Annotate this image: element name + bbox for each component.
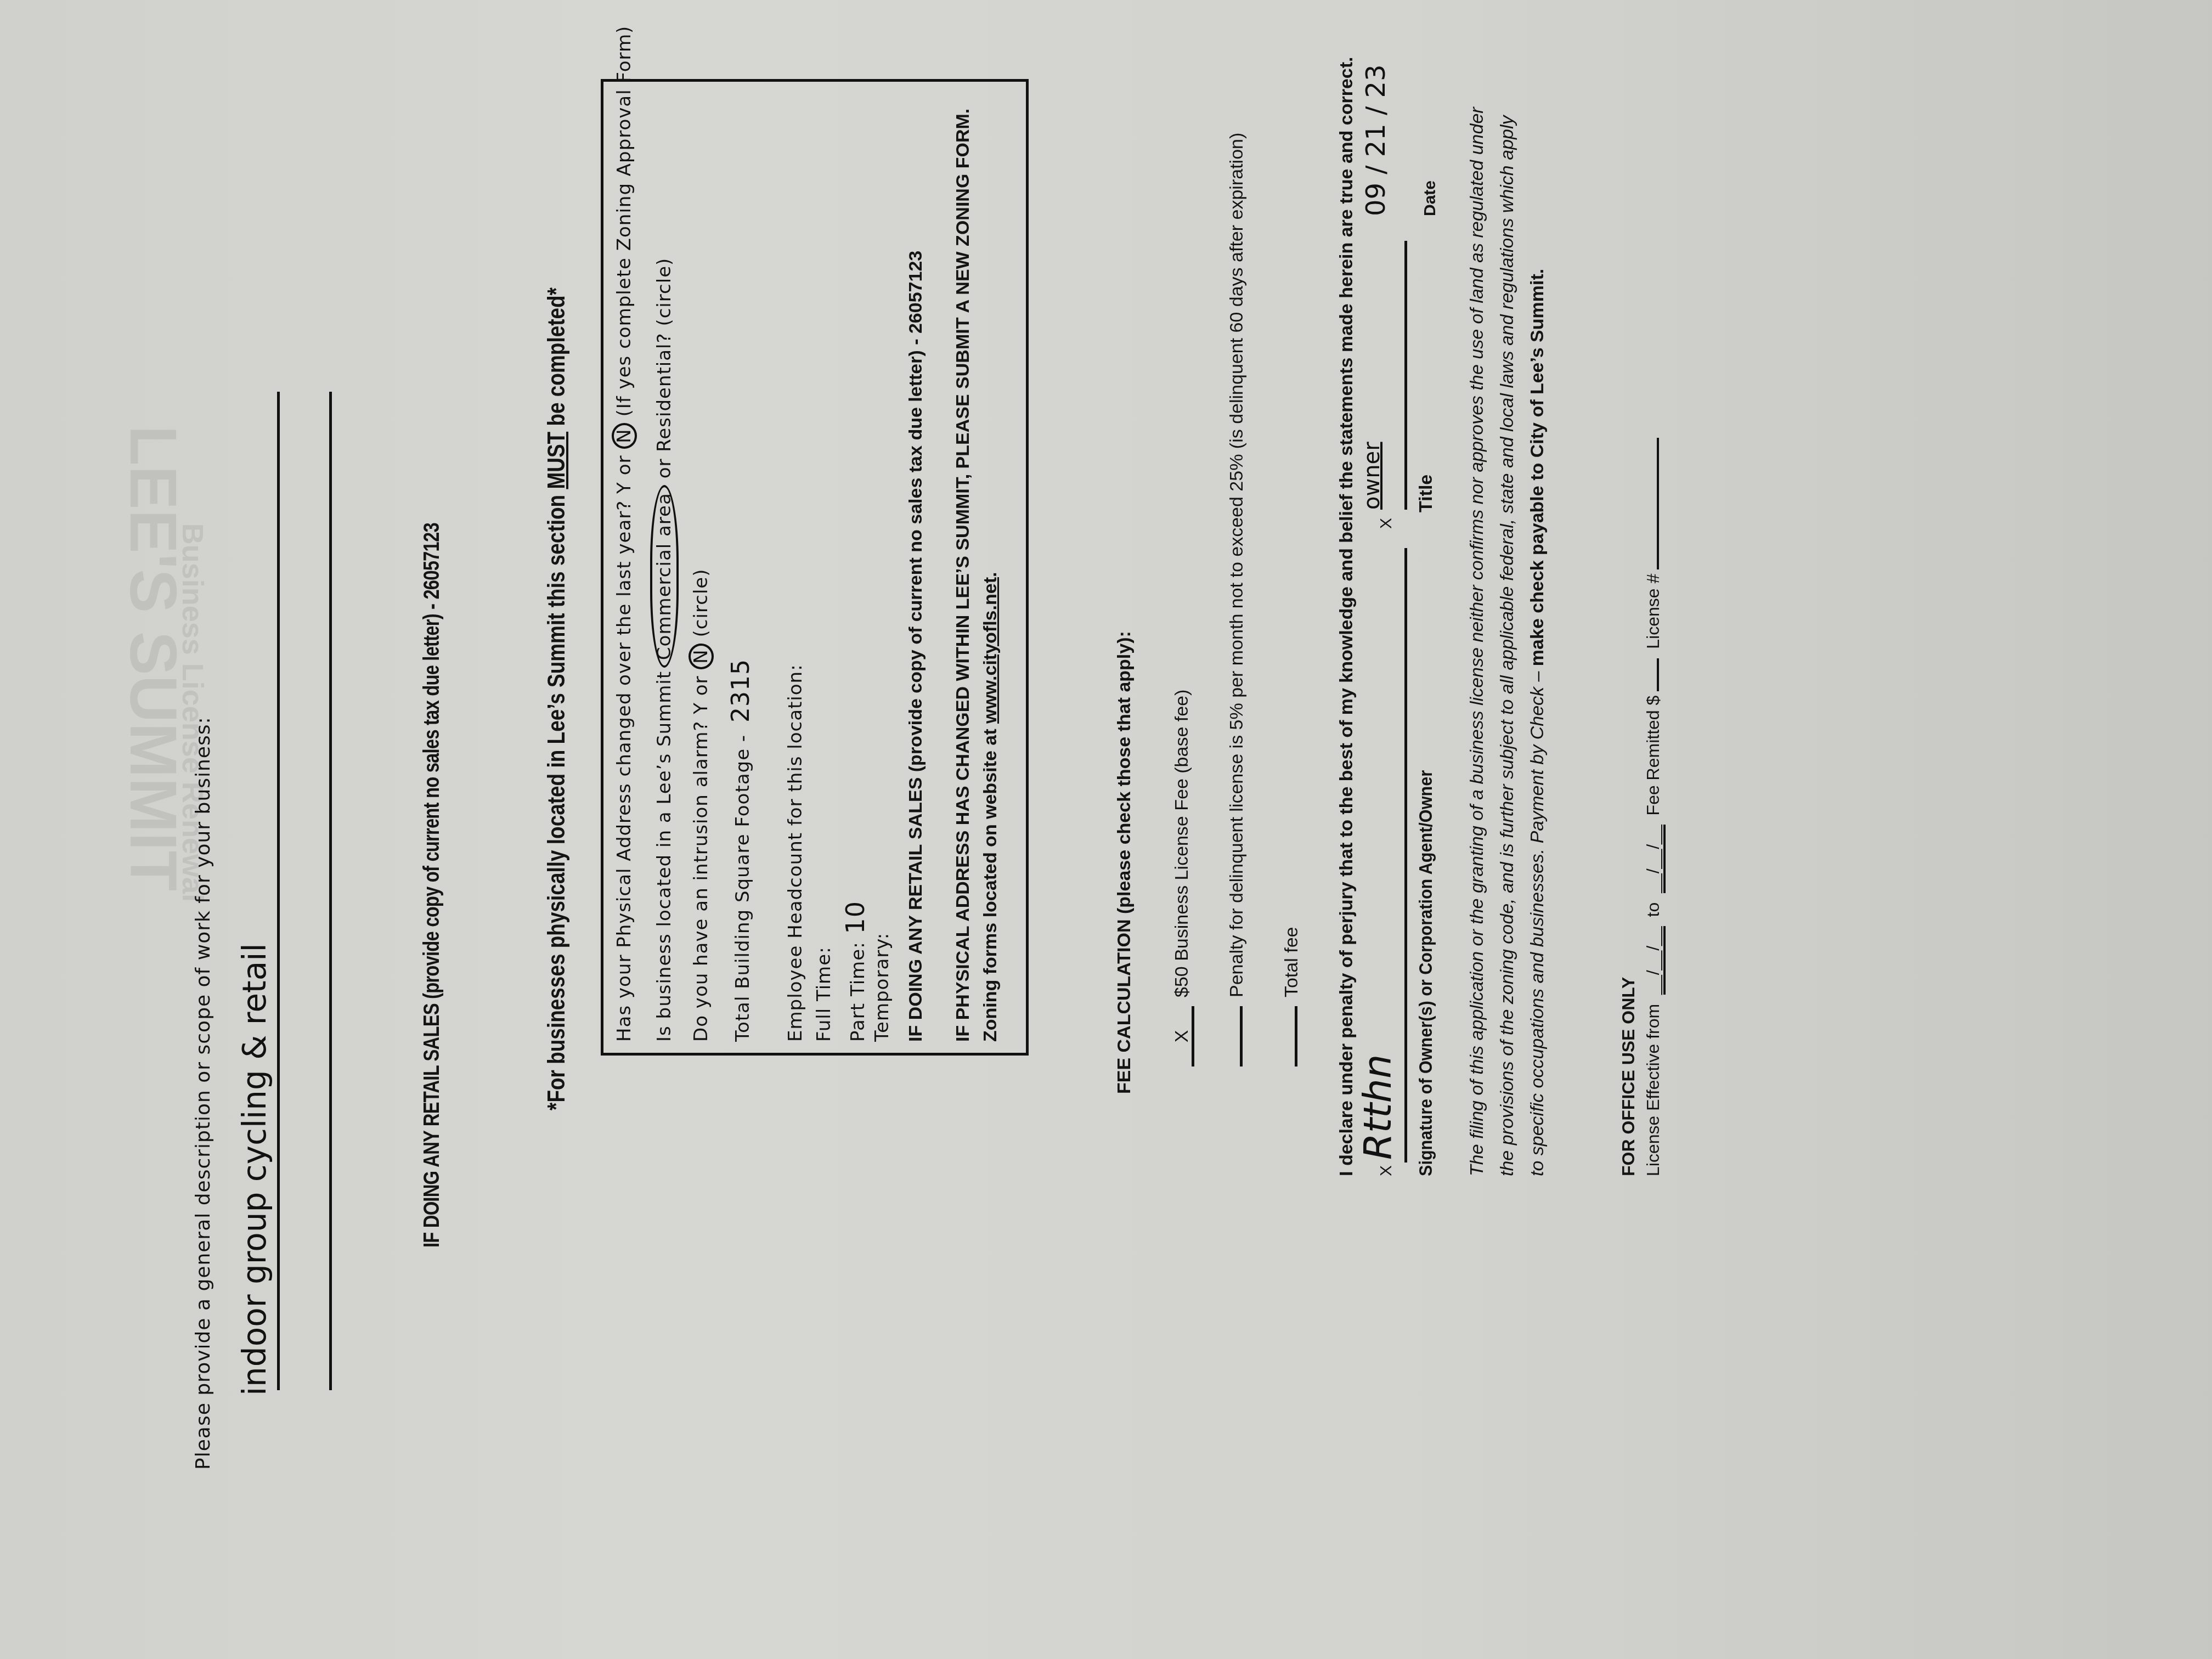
description-field[interactable]: indoor group cycling & retail xyxy=(236,943,273,1396)
fee-calculation-heading: FEE CALCULATION (please check those that… xyxy=(1114,631,1135,1094)
alarm-note: (circle) xyxy=(690,568,712,644)
location-type-note: or Residential? (circle) xyxy=(653,258,675,486)
zoning-disclaimer: The filing of this application or the gr… xyxy=(1462,106,1553,1176)
employee-headcount-heading: Employee Headcount for this location: xyxy=(785,664,806,1042)
date-field[interactable]: 09 / 21 / 23 xyxy=(1361,64,1391,216)
address-changed-question: Has your Physical Address changed over t… xyxy=(612,26,637,1042)
effective-from-field[interactable]: __/__/__ xyxy=(1643,926,1666,995)
perjury-declaration: I declare under penalty of perjury that … xyxy=(1336,57,1357,1177)
business-license-form-page: LEE'S SUMMIT Business License Renewal Pl… xyxy=(0,0,2212,1659)
description-prompt: Please provide a general description or … xyxy=(192,716,215,1470)
effective-from-label: License Effective from xyxy=(1643,1004,1663,1176)
section-heading: *For businesses physically located in Le… xyxy=(543,287,571,1110)
fee-penalty-label: Penalty for delinquent license is 5% per… xyxy=(1226,133,1247,997)
fee-base-row: X$50 Business License Fee (base fee) xyxy=(1171,690,1194,1066)
license-number-field[interactable] xyxy=(1657,438,1659,569)
square-footage-field[interactable]: 2315 xyxy=(727,659,755,723)
location-type-answer[interactable]: Commercial area xyxy=(650,485,679,668)
fee-remitted-label: Fee Remitted $ xyxy=(1643,696,1663,816)
payment-instruction: make check payable to City of Lee’s Summ… xyxy=(1527,269,1548,666)
fee-total-field[interactable] xyxy=(1295,1006,1297,1066)
square-footage-label: Total Building Square Footage - xyxy=(732,728,754,1042)
alarm-question: Do you have an intrusion alarm? Y or N (… xyxy=(689,568,714,1042)
office-use-row: License Effective from __/__/__ to __/__… xyxy=(1643,433,1666,1176)
description-line-2[interactable] xyxy=(329,392,332,1390)
address-changed-note: (If yes complete Zoning Approval Form) xyxy=(613,26,635,424)
part-time-field[interactable]: 10 xyxy=(840,901,870,934)
address-changed-label: Has your Physical Address changed over t… xyxy=(613,449,635,1042)
fee-base-label: $50 Business License Fee (base fee) xyxy=(1171,690,1192,997)
address-changed-answer[interactable]: N xyxy=(612,423,637,448)
fee-remitted-field[interactable] xyxy=(1657,658,1659,691)
signature-label: Signature of Owner(s) or Corporation Age… xyxy=(1415,770,1437,1176)
location-type-label: Is business located in a Lee’s Summit xyxy=(653,664,675,1042)
effective-to-field[interactable]: __/__/__ xyxy=(1643,825,1666,893)
alarm-answer[interactable]: N xyxy=(689,644,714,669)
title-label: Title xyxy=(1415,475,1437,512)
location-type-question: Is business located in a Lee’s Summit Co… xyxy=(650,258,679,1042)
part-time-label: Part Time: xyxy=(847,941,869,1042)
signature-line xyxy=(1404,548,1407,1163)
signature-x-mark: X xyxy=(1377,1165,1396,1176)
full-time-label: Full Time: xyxy=(813,946,835,1042)
retail-sales-notice-box: IF DOING ANY RETAIL SALES (provide copy … xyxy=(905,251,927,1042)
section-heading-suffix: be completed* xyxy=(543,287,570,432)
title-line xyxy=(1404,241,1407,510)
effective-to-label: to xyxy=(1643,902,1663,917)
zoning-website-link[interactable]: www.cityofls.net xyxy=(980,577,1001,724)
part-time-row: Part Time:10 xyxy=(840,901,870,1042)
full-time-row: Full Time: xyxy=(813,946,835,1042)
address-change-text: IF PHYSICAL ADDRESS HAS CHANGED WITHIN L… xyxy=(952,109,1001,1042)
title-field[interactable]: owner xyxy=(1359,442,1385,510)
fee-penalty-checkbox[interactable] xyxy=(1240,1006,1243,1066)
alarm-label: Do you have an intrusion alarm? Y or xyxy=(690,669,712,1042)
fee-total-row: Total fee xyxy=(1281,927,1302,1066)
section-heading-emphasis: MUST xyxy=(543,432,570,489)
temporary-label: Temporary: xyxy=(871,933,893,1042)
title-x-mark: X xyxy=(1377,518,1396,529)
fee-total-label: Total fee xyxy=(1281,927,1302,997)
signature-field[interactable]: Rtthn xyxy=(1355,1054,1400,1160)
retail-sales-notice-top: IF DOING ANY RETAIL SALES (provide copy … xyxy=(420,523,444,1248)
date-label: Date xyxy=(1421,180,1440,216)
address-change-notice: IF PHYSICAL ADDRESS HAS CHANGED WITHIN L… xyxy=(949,98,1004,1042)
square-footage-row: Total Building Square Footage - 2315 xyxy=(727,659,755,1042)
fee-penalty-row: Penalty for delinquent license is 5% per… xyxy=(1226,133,1248,1066)
fee-base-checkbox[interactable]: X xyxy=(1172,1006,1194,1066)
temporary-row: Temporary: xyxy=(871,933,893,1042)
description-line-1 xyxy=(277,392,280,1390)
license-number-label: License # xyxy=(1643,574,1663,649)
office-use-heading: FOR OFFICE USE ONLY xyxy=(1618,977,1639,1176)
section-heading-prefix: *For businesses physically located in Le… xyxy=(543,489,570,1110)
